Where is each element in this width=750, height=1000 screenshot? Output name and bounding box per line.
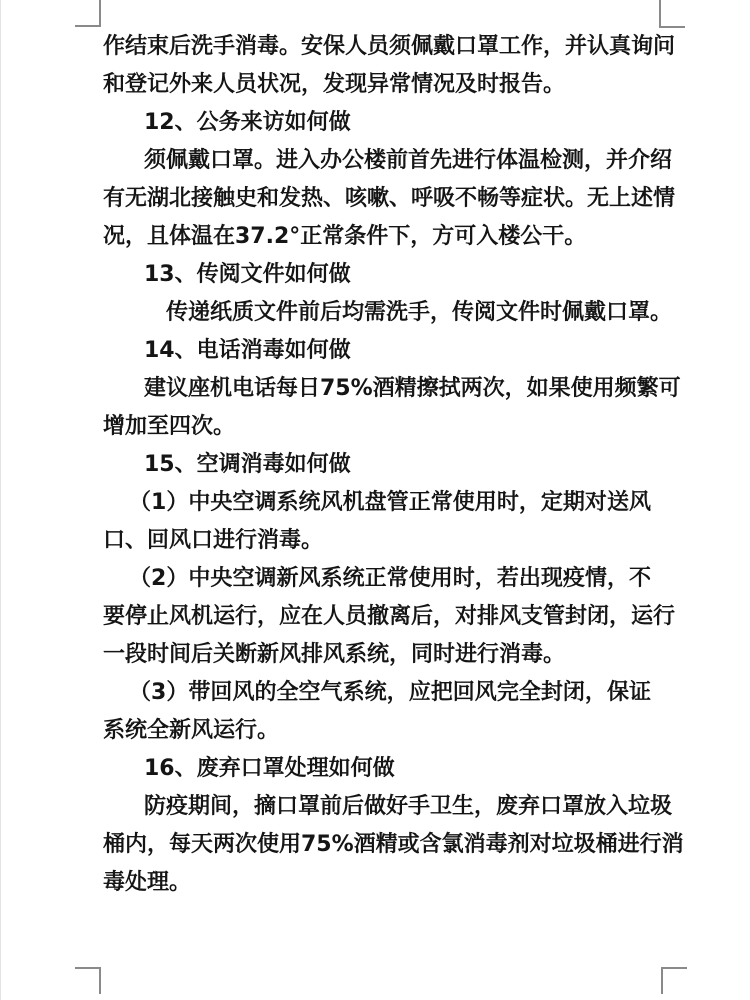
body-line: （1）中央空调系统风机盘管正常使用时，定期对送风 xyxy=(129,484,651,522)
body-line: 口、回风口进行消毒。 xyxy=(103,522,651,560)
body-line: 作结束后洗手消毒。安保人员须佩戴口罩工作，并认真询问 xyxy=(103,28,651,66)
section-heading-14: 14、电话消毒如何做 xyxy=(144,332,651,370)
crop-mark-bottom-left-horizontal xyxy=(75,967,101,969)
crop-mark-top-right-horizontal xyxy=(659,26,685,28)
body-line: 有无湖北接触史和发热、咳嗽、呼吸不畅等症状。无上述情 xyxy=(103,180,651,218)
section-heading-12: 12、公务来访如何做 xyxy=(144,104,651,142)
crop-mark-top-left-vertical xyxy=(99,0,101,27)
crop-mark-bottom-left-vertical xyxy=(99,967,101,994)
body-line: 系统全新风运行。 xyxy=(103,712,651,750)
body-line: 传递纸质文件前后均需洗手，传阅文件时佩戴口罩。 xyxy=(166,294,651,332)
body-line: 建议座机电话每日75%酒精擦拭两次，如果使用频繁可 xyxy=(144,370,651,408)
body-line: 毒处理。 xyxy=(103,864,651,902)
body-line: 况，且体温在37.2°正常条件下，方可入楼公干。 xyxy=(103,218,651,256)
crop-mark-bottom-right-horizontal xyxy=(661,967,687,969)
body-line: （3）带回风的全空气系统，应把回风完全封闭，保证 xyxy=(129,674,651,712)
body-line: 要停止风机运行，应在人员撤离后，对排风支管封闭，运行 xyxy=(103,598,651,636)
document-page: 作结束后洗手消毒。安保人员须佩戴口罩工作，并认真询问 和登记外来人员状况，发现异… xyxy=(0,0,750,1000)
body-line: 增加至四次。 xyxy=(103,408,651,446)
crop-mark-top-left-horizontal xyxy=(75,25,101,27)
body-line: 防疫期间，摘口罩前后做好手卫生，废弃口罩放入垃圾 xyxy=(144,788,651,826)
body-line: （2）中央空调新风系统正常使用时，若出现疫情，不 xyxy=(129,560,651,598)
body-line: 和登记外来人员状况，发现异常情况及时报告。 xyxy=(103,66,651,104)
section-heading-16: 16、废弃口罩处理如何做 xyxy=(144,750,651,788)
body-line: 桶内，每天两次使用75%酒精或含氯消毒剂对垃圾桶进行消 xyxy=(103,826,651,864)
section-heading-15: 15、空调消毒如何做 xyxy=(144,446,651,484)
body-line: 一段时间后关断新风排风系统，同时进行消毒。 xyxy=(103,636,651,674)
crop-mark-top-right-vertical xyxy=(659,0,661,28)
crop-mark-bottom-right-vertical xyxy=(661,967,663,994)
body-line: 须佩戴口罩。进入办公楼前首先进行体温检测，并介绍 xyxy=(144,142,651,180)
section-heading-13: 13、传阅文件如何做 xyxy=(144,256,651,294)
